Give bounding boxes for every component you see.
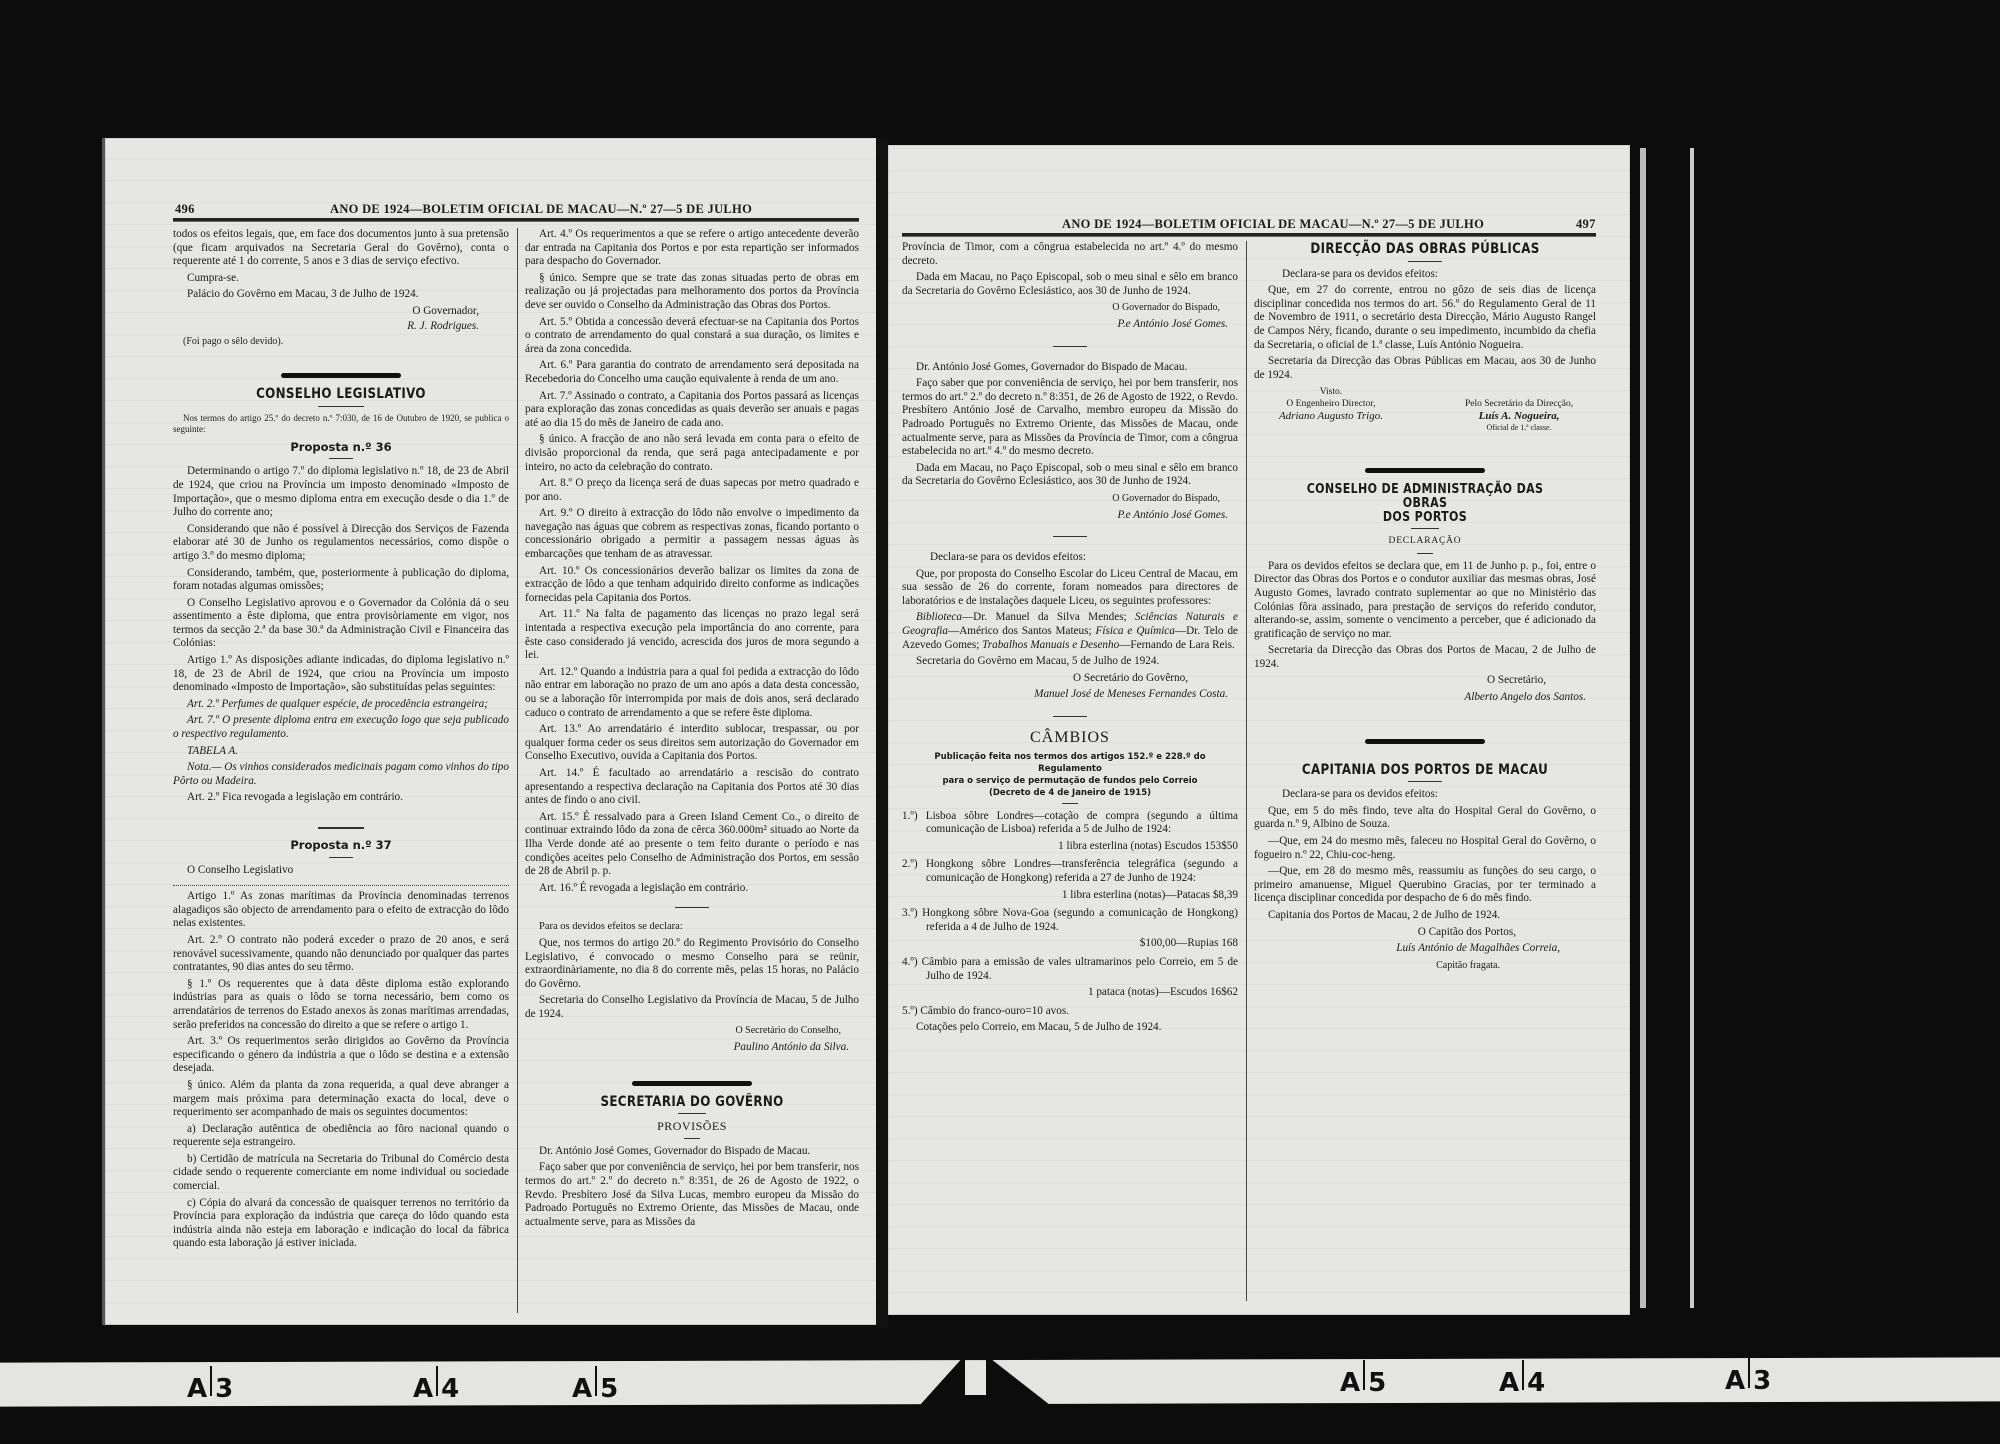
right-column-2: DIRECÇÃO DAS OBRAS PÚBLICAS Declara-se p…: [1254, 241, 1596, 975]
paragraph: Dr. António José Gomes, Governador do Bi…: [902, 361, 1238, 375]
paragraph: Considerando, também, que, posteriorment…: [173, 567, 509, 594]
paragraph: Que, em 5 do mês findo, teve alta do Hos…: [1254, 805, 1596, 832]
article: Art. 4.º Os requerimentos a que se refer…: [525, 228, 859, 269]
marker-letter: A: [413, 1374, 433, 1404]
signature-title: O Secretário,: [1254, 674, 1596, 688]
section-rule: [632, 1081, 752, 1086]
paragraph: Faço saber que por conveniência de servi…: [525, 1161, 859, 1229]
paragraph: O Conselho Legislativo aprovou e o Gover…: [173, 597, 509, 651]
proposta-title: Proposta n.º 36: [173, 441, 509, 455]
paragraph: —Que, em 24 do mesmo mês, faleceu no Hos…: [1254, 835, 1596, 862]
section-subtitle: PROVISÕES: [525, 1120, 859, 1134]
appointment-name: Américo dos Santos Mateus;: [959, 625, 1091, 637]
dateline: Dada em Macau, no Paço Episcopal, sob o …: [902, 271, 1238, 298]
marker-letter: A: [1725, 1366, 1745, 1396]
italic-line: Art. 7.º O presente diploma entra em exe…: [173, 714, 509, 741]
proposta-title: Proposta n.º 37: [173, 839, 509, 853]
exchange-item: 2.º) Hongkong sôbre Londres—transferênci…: [902, 858, 1238, 885]
signature-rank: Capitão fragata.: [1254, 959, 1596, 973]
target-marker: A3: [1725, 1358, 1771, 1396]
exchange-item: 5.º) Câmbio do franco-ouro=10 avos.: [902, 1005, 1238, 1019]
section-rule: [1053, 716, 1087, 717]
paragraph: Cumpra-se.: [173, 272, 509, 286]
article: Art. 10.º Os concessionários deverão bal…: [525, 565, 859, 606]
section-note: Nos termos do artigo 25.º do decreto n.º…: [173, 413, 509, 435]
paragraph: —Que, em 28 do mesmo mês, reassumiu as f…: [1254, 865, 1596, 906]
appointment-area: Trabalhos Manuais e Desenho: [982, 639, 1119, 651]
marker-number: 3: [215, 1374, 233, 1404]
signature-name: R. J. Rodrigues.: [173, 320, 509, 334]
section-rule: [1365, 739, 1485, 744]
column-divider: [1246, 241, 1247, 1301]
title-rule: [1408, 261, 1442, 262]
marker-letter: A: [1499, 1368, 1519, 1398]
signature-name: Luís António de Magalhães Correia,: [1254, 942, 1596, 956]
article: Art. 15.º É ressalvado para a Green Isla…: [525, 811, 859, 879]
signature-name: Adriano Augusto Trigo.: [1254, 410, 1408, 422]
title-rule: [1408, 781, 1442, 782]
exchange-text: Hongkong sôbre Londres—transferência tel…: [926, 858, 1238, 884]
signature-title: O Governador do Bispado,: [902, 301, 1238, 315]
section-rule: [318, 827, 364, 829]
exchange-item: 3.º) Hongkong sôbre Nova-Goa (segundo a …: [902, 907, 1238, 934]
right-column-1: Província de Timor, com a côngrua estabe…: [902, 241, 1238, 1038]
signature-name: Manuel José de Meneses Fernandes Costa.: [902, 688, 1238, 702]
section-title: CONSELHO LEGISLATIVO: [203, 388, 479, 402]
section-rule: [1365, 468, 1485, 473]
column-divider: [517, 228, 518, 1313]
page-number: 497: [1576, 217, 1596, 232]
dateline: Secretaria da Direcção das Obras Pública…: [1254, 355, 1596, 382]
exchange-text: Lisboa sôbre Londres—cotação de compra (…: [926, 810, 1238, 836]
paragraph: Artigo 1.º As disposições adiante indica…: [173, 654, 509, 695]
right-signature: Pelo Secretário da Direcção, Luís A. Nog…: [1442, 386, 1596, 434]
signature-title: Pelo Secretário da Direcção,: [1442, 398, 1596, 410]
paragraph: Que, em 27 do corrente, entrou no gôzo d…: [1254, 284, 1596, 352]
running-head: ANO DE 1924—BOLETIM OFICIAL DE MACAU—N.º…: [330, 202, 752, 217]
section-rule: [1053, 536, 1087, 537]
section-rule: [281, 373, 401, 378]
exchange-text: Hongkong sôbre Nova-Goa (segundo a comun…: [922, 907, 1238, 933]
paragraph: a) Declaração autêntica de obediência ao…: [173, 1123, 509, 1150]
marker-number: 4: [441, 1374, 459, 1404]
italic-line: TABELA A.: [173, 745, 509, 759]
exchange-label: 2.º): [902, 858, 918, 870]
marker-bar: [1522, 1360, 1524, 1390]
paragraph: § único. Além da planta da zona requerid…: [173, 1079, 509, 1120]
marker-number: 5: [600, 1374, 618, 1404]
declaration-lead: Para os devidos efeitos se declara:: [525, 920, 859, 934]
marker-number: 5: [1368, 1368, 1386, 1398]
paragraph: Para os devidos efeitos se declara que, …: [1254, 560, 1596, 642]
section-rule: [1053, 346, 1087, 347]
exchange-item: 4.º) Câmbio para a emissão de vales ultr…: [902, 956, 1238, 983]
article: Art. 6.º Para garantia do contrato de ar…: [525, 359, 859, 386]
section-title: CONSELHO DE ADMINISTRAÇÃO DAS OBRAS: [1285, 483, 1565, 510]
target-marker: A4: [1499, 1360, 1545, 1398]
marker-letter: A: [572, 1374, 592, 1404]
title-rule: [329, 458, 353, 459]
exchange-label: 5.º): [902, 1005, 918, 1017]
article: Art. 12.º Quando a indústria para a qual…: [525, 666, 859, 720]
appointments: Biblioteca—Dr. Manuel da Silva Mendes; S…: [902, 611, 1238, 652]
paragraph: O Conselho Legislativo: [173, 864, 509, 878]
appointment-name: Fernando de Lara Reis.: [1130, 639, 1234, 651]
right-page: ANO DE 1924—BOLETIM OFICIAL DE MACAU—N.º…: [888, 145, 1630, 1315]
page-edge: [1690, 148, 1694, 1308]
exchange-label: 4.º): [902, 956, 918, 968]
italic-line: Nota.— Os vinhos considerados medicinais…: [173, 761, 509, 788]
exchange-value: 1 libra esterlina (notas) Escudos 153$50: [902, 840, 1238, 854]
paragraph: b) Certidão de matrícula na Secretaria d…: [173, 1153, 509, 1194]
dateline: Cotações pelo Correio, em Macau, 5 de Ju…: [902, 1021, 1238, 1035]
signature-name: P.e António José Gomes.: [902, 509, 1238, 523]
paragraph: § 1.º Os requerentes que à data dêste di…: [173, 978, 509, 1032]
exchange-text: Câmbio para a emissão de vales ultramari…: [922, 956, 1238, 982]
section-title: CAPITANIA DOS PORTOS DE MACAU: [1285, 764, 1565, 778]
italic-line: Art. 2.º Perfumes de qualquer espécie, d…: [173, 698, 509, 712]
cambios-subtitle: Publicação feita nos termos dos artigos …: [902, 751, 1238, 775]
paragraph: Art. 2.º O contrato não poderá exceder o…: [173, 934, 509, 975]
page-edge: [1640, 148, 1646, 1308]
signature-name: Luís A. Nogueira,: [1442, 410, 1596, 422]
left-page: 496 ANO DE 1924—BOLETIM OFICIAL DE MACAU…: [102, 138, 877, 1325]
target-marker: A5: [572, 1366, 618, 1404]
cambios-subtitle: (Decreto de 4 de Janeiro de 1915): [902, 787, 1238, 799]
visto-label: Visto.: [1254, 386, 1408, 398]
exchange-label: 3.º): [902, 907, 918, 919]
section-title: SECRETARIA DO GOVÊRNO: [555, 1096, 829, 1110]
title-rule: [1411, 528, 1439, 529]
article: Art. 5.º Obtida a concessão deverá efect…: [525, 316, 859, 357]
header-rule: [902, 233, 1596, 237]
article: Art. 11.º Na falta de pagamento das lice…: [525, 608, 859, 662]
signature-title: O Governador,: [173, 305, 509, 319]
marker-bar: [1748, 1358, 1750, 1388]
marker-bar: [210, 1366, 212, 1396]
seal-note: (Foi pago o sêlo devido).: [173, 336, 509, 347]
exchange-value: 1 pataca (notas)—Escudos 16$62: [902, 986, 1238, 1000]
article: Art. 14.º É facultado ao arrendatário a …: [525, 767, 859, 808]
center-notch-icon: [920, 1355, 1050, 1405]
section-subtitle: DECLARAÇÃO: [1254, 535, 1596, 549]
article: Art. 13.º Ao arrendatário é interdito su…: [525, 723, 859, 764]
marker-bar: [436, 1366, 438, 1396]
declaration-lead: Declara-se para os devidos efeitos:: [1254, 788, 1596, 802]
target-marker: A3: [187, 1366, 233, 1404]
marker-number: 4: [1527, 1368, 1545, 1398]
dotted-line: [173, 877, 509, 886]
running-head: ANO DE 1924—BOLETIM OFICIAL DE MACAU—N.º…: [1062, 217, 1484, 232]
paragraph: c) Cópia do alvará da concessão de quais…: [173, 1197, 509, 1251]
paragraph: todos os efeitos legais, que, em face do…: [173, 228, 509, 269]
appointment-name: Dr. Manuel da Silva Mendes;: [973, 611, 1127, 623]
signature-name: P.e António José Gomes.: [902, 318, 1238, 332]
dateline: Secretaria do Conselho Legislativo da Pr…: [525, 994, 859, 1021]
exchange-text: Câmbio do franco-ouro=10 avos.: [920, 1005, 1069, 1017]
title-rule: [1417, 553, 1433, 554]
paragraph: Art. 3.º Os requerimentos serão dirigido…: [173, 1035, 509, 1076]
dateline: Capitania dos Portos de Macau, 2 de Julh…: [1254, 909, 1596, 923]
section-title: DIRECÇÃO DAS OBRAS PÚBLICAS: [1285, 243, 1565, 257]
title-rule: [1062, 803, 1078, 804]
dateline: Secretaria do Govêrno em Macau, 5 de Jul…: [902, 655, 1238, 669]
appointment-area: Física e Química: [1096, 625, 1175, 637]
section-title: CÂMBIOS: [902, 731, 1238, 745]
exchange-value: 1 libra esterlina (notas)—Patacas $8,39: [902, 889, 1238, 903]
exchange-label: 1.º): [902, 810, 918, 822]
dateline: Dada em Macau, no Paço Episcopal, sob o …: [902, 462, 1238, 489]
section-title-cont: DOS PORTOS: [1285, 511, 1565, 525]
target-marker: A4: [413, 1366, 459, 1404]
signature-title: O Governador do Bispado,: [902, 492, 1238, 506]
paragraph: Faço saber que por conveniência de servi…: [902, 377, 1238, 459]
declaration-lead: Declara-se para os devidos efeitos:: [902, 551, 1238, 565]
signature-rank: Oficial de 1.ª classe.: [1442, 422, 1596, 434]
header-rule: [173, 218, 859, 222]
article: Art. 9.º O direito à extracção do lôdo n…: [525, 507, 859, 561]
signature-title: O Engenheiro Director,: [1254, 398, 1408, 410]
paragraph: Província de Timor, com a côngrua estabe…: [902, 241, 1238, 268]
marker-bar: [595, 1366, 597, 1396]
target-marker: A5: [1340, 1360, 1386, 1398]
signature-title: O Capitão dos Portos,: [1254, 926, 1596, 940]
page-number: 496: [175, 202, 195, 217]
page-gutter: [876, 138, 888, 1328]
signature-name: Alberto Angelo dos Santos.: [1254, 691, 1596, 705]
article: Art. 7.º Assinado o contrato, a Capitani…: [525, 390, 859, 431]
marker-bar: [1363, 1360, 1365, 1390]
signature-name: Paulino António da Silva.: [525, 1041, 859, 1055]
paragraph: Que, nos termos do artigo 20.º do Regime…: [525, 937, 859, 991]
article: § único. Sempre que se trate das zonas s…: [525, 272, 859, 313]
section-rule: [675, 907, 709, 908]
signature-title: O Secretário do Conselho,: [525, 1024, 859, 1038]
paragraph: Determinando o artigo 7.º do diploma leg…: [173, 465, 509, 519]
paragraph: Dr. António José Gomes, Governador do Bi…: [525, 1145, 859, 1159]
article: § único. A fracção de ano não será levad…: [525, 433, 859, 474]
marker-number: 3: [1753, 1366, 1771, 1396]
paragraph: Que, por proposta do Conselho Escolar do…: [902, 568, 1238, 609]
left-column-1: todos os efeitos legais, que, em face do…: [173, 228, 509, 1254]
marker-letter: A: [187, 1374, 207, 1404]
title-rule: [318, 406, 364, 407]
article: Art. 8.º O preço da licença será de duas…: [525, 477, 859, 504]
declaration-lead: Declara-se para os devidos efeitos:: [1254, 268, 1596, 282]
title-rule: [684, 1138, 700, 1139]
paragraph: Artigo 1.º As zonas marítimas da Provínc…: [173, 890, 509, 931]
left-signature: Visto. O Engenheiro Director, Adriano Au…: [1254, 386, 1408, 434]
paragraph: Considerando que não é possível à Direcç…: [173, 523, 509, 564]
marker-letter: A: [1340, 1368, 1360, 1398]
exchange-value: $100,00—Rupias 168: [902, 937, 1238, 951]
appointment-area: Biblioteca: [916, 611, 962, 623]
paragraph: Art. 2.º Fica revogada a legislação em c…: [173, 791, 509, 805]
article: Art. 16.º É revogada a legislação em con…: [525, 882, 859, 896]
left-column-2: Art. 4.º Os requerimentos a que se refer…: [525, 228, 859, 1232]
cambios-subtitle: para o serviço de permutação de fundos p…: [902, 775, 1238, 787]
exchange-item: 1.º) Lisboa sôbre Londres—cotação de com…: [902, 810, 1238, 837]
signature-block: Visto. O Engenheiro Director, Adriano Au…: [1254, 386, 1596, 434]
dateline: Palácio do Govêrno em Macau, 3 de Julho …: [173, 288, 509, 302]
title-rule: [329, 857, 353, 858]
title-rule: [678, 1113, 706, 1114]
signature-title: O Secretário do Govêrno,: [902, 672, 1238, 686]
dateline: Secretaria da Direcção das Obras dos Por…: [1254, 644, 1596, 671]
